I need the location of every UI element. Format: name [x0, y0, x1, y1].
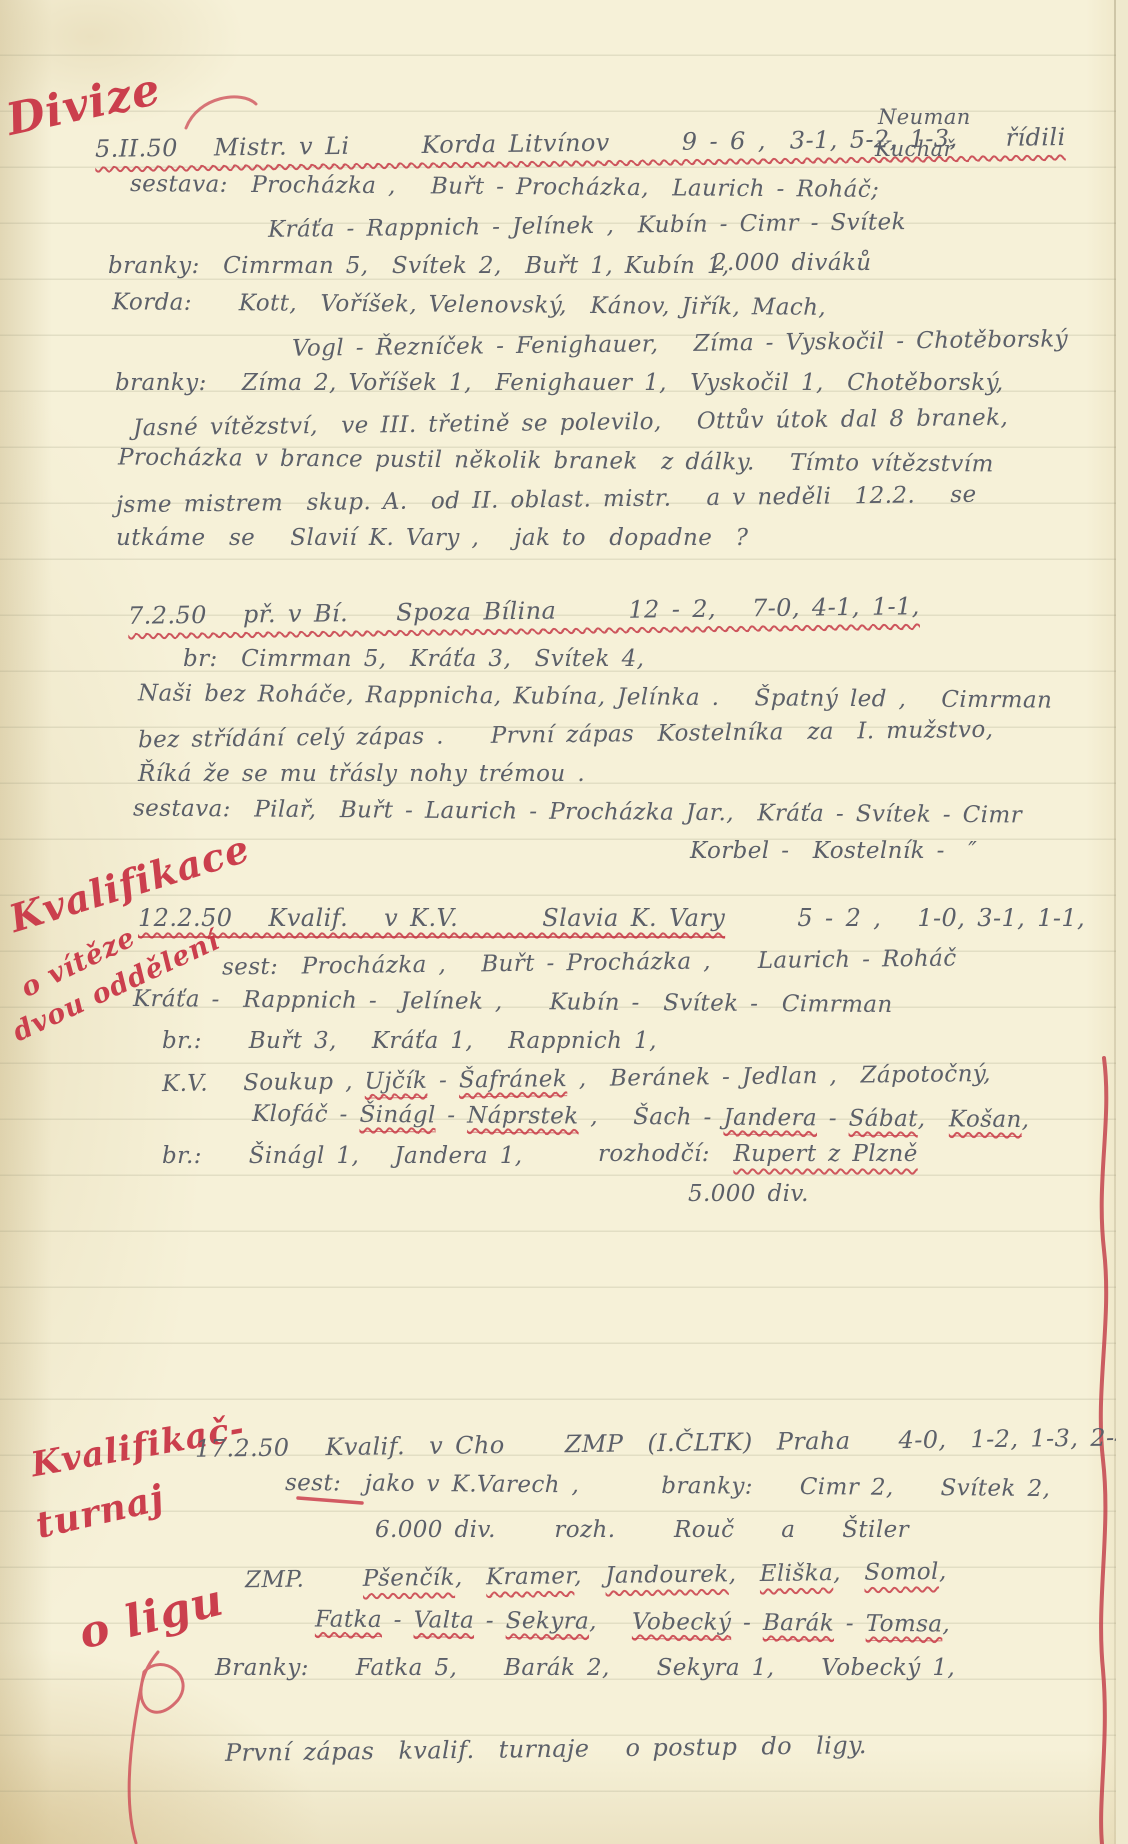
zmp2-sep-4: - [731, 1610, 763, 1636]
entry1-comment-line-4: utkáme se Slavií K. Vary , jak to dopadn… [116, 524, 748, 553]
player-name-psencik: Pšenčík [363, 1565, 455, 1592]
entry2-lineup-line-2: Korbel - Kostelník - ″ [690, 837, 977, 866]
entry1-opponent-goals-line: branky: Zíma 2, Voříšek 1, Fenighauer 1,… [115, 369, 1004, 398]
entry1-comment-line-2: Procházka v brance pustil několik branek… [118, 444, 994, 480]
zmp2-sep-2: - [474, 1608, 506, 1634]
entry3-opponent-goals-line: br.: Šinágl 1, Jandera 1, [162, 1142, 522, 1171]
notebook-page: Divize Kvalifikace o vítěze dvou oddělen… [0, 0, 1128, 1844]
entry4-attendance-referees-line: 6.000 div. rozh. Rouč a Štiler [375, 1516, 909, 1545]
player-name-sabat: Sábat [849, 1106, 918, 1137]
player-name-sinagl: Šinágl [359, 1102, 435, 1133]
entry3-lineup-line-1: sest: Procházka , Buřt - Procházka , Lau… [222, 945, 957, 983]
entry1-attendance: 2.000 diváků [712, 249, 872, 278]
kv-lineup-rest: , Beránek - Jedlan , Zápotočný, [567, 1061, 991, 1092]
entry1-referee-1: Neuman [878, 104, 971, 130]
entry4-lineup-goals-line: sest: jako v K.Varech , branky: Cimr 2, … [285, 1469, 1050, 1504]
entry1-goals-line: branky: Cimrman 5, Svítek 2, Buřt 1, Kub… [108, 252, 730, 281]
player-name-vobecky: Vobecký [632, 1609, 732, 1640]
player-name-barak: Barák [763, 1610, 834, 1641]
zmp-comma: , [939, 1559, 947, 1585]
page-edge [1116, 0, 1128, 1844]
entry1-lineup-line-1: sestava: Procházka , Buřt - Procházka, L… [130, 170, 879, 205]
kv2-sep-1: - [436, 1102, 468, 1128]
player-name-kramer: Kramer [486, 1563, 574, 1590]
margin-note-o-ligu: o ligu [74, 1574, 229, 1659]
player-name-eliska: Eliška [760, 1560, 834, 1587]
kv2-comma: , [1022, 1107, 1030, 1133]
o-ligu-flourish [129, 1652, 183, 1843]
zmp-sep-1: , [455, 1564, 486, 1590]
entry2-comment-line-1: Naši bez Roháče, Rappnicha, Kubína, Jelí… [138, 679, 1052, 715]
entry2-comment-line-3: Říká že se mu třásly nohy trémou . [138, 760, 585, 789]
kv-lineup-text: K.V. Soukup , [162, 1069, 365, 1097]
page-edge-crease [1114, 0, 1116, 1844]
zmp2-sep-1: - [382, 1607, 414, 1633]
player-name-naprstek: Náprstek [467, 1103, 579, 1134]
entry3-lineup-line-2: Kráťa - Rappnich - Jelínek , Kubín - Sví… [133, 985, 893, 1020]
kv2-sep-3: , [918, 1106, 949, 1132]
entry3-match-header: 12.2.50 Kvalif. v K.V. Slavia K. Vary 5 … [138, 903, 1085, 933]
referee-name: Rupert z Plzně [733, 1141, 917, 1167]
entry2-goals-line: br: Cimrman 5, Kráťa 3, Svítek 4, [183, 645, 644, 674]
entry1-opponent-lineup-2: Vogl - Řezníček - Fenighauer, Zíma - Vys… [292, 325, 1068, 363]
entry1-comment-line-3: jsme mistrem skup. A. od II. oblast. mis… [116, 481, 977, 520]
divize-flourish [186, 97, 256, 128]
referee-label: rozhodčí: [598, 1141, 733, 1167]
entry2-lineup-line-1: sestava: Pilař, Buřt - Laurich - Procház… [133, 795, 1022, 831]
margin-connector-dash [298, 1498, 362, 1503]
player-name-somol: Somol [864, 1559, 939, 1586]
entry3-header-score: 5 - 2 , 1-0, 3-1, 1-1, [725, 904, 1085, 932]
player-name-jandera: Jandera [723, 1105, 817, 1136]
zmp2-sep-3: , [589, 1609, 632, 1635]
zmp2-sep-5: - [834, 1611, 866, 1637]
entry3-goals-line: br.: Buřt 3, Kráťa 1, Rappnich 1, [162, 1027, 657, 1056]
zmp-sep-2: , [574, 1563, 605, 1589]
player-name-sekyra: Sekyra [506, 1608, 590, 1639]
entry4-goals-line: Branky: Fatka 5, Barák 2, Sekyra 1, Vobe… [215, 1654, 955, 1683]
player-name-tomsa: Tomsa [866, 1611, 943, 1642]
zmp2-comma: , [942, 1611, 950, 1637]
player-name-jandourek: Jandourek [605, 1561, 729, 1589]
entry4-opponent-lineup-1: ZMP. Pšenčík, Kramer, Jandourek, Eliška,… [245, 1558, 947, 1595]
entry2-header-text: 7.2.50 př. v Bí. Spoza Bílina 12 - 2, 7-… [128, 592, 920, 630]
kv2-text-2: , Šach - [578, 1104, 723, 1131]
zmp-sep-3: , [728, 1561, 759, 1587]
zmp-label: ZMP. [245, 1566, 363, 1593]
player-name-fatka: Fatka [315, 1607, 382, 1638]
player-name-kosan: Košan [949, 1106, 1022, 1137]
player-name-ujcik: Ujčík [364, 1068, 427, 1099]
entry4-opponent-lineup-2: Fatka - Valta - Sekyra, Vobecký - Barák … [315, 1606, 950, 1640]
entry1-referee-2: Kuchař [875, 136, 954, 162]
kv-lineup-sep: - [427, 1067, 459, 1093]
entry3-opponent-lineup-1: K.V. Soukup , Ujčík - Šafránek , Beránek… [162, 1060, 991, 1099]
player-name-valta: Valta [413, 1607, 474, 1637]
entry2-comment-line-2: bez střídání celý zápas . První zápas Ko… [138, 716, 994, 755]
player-name-safranek: Šafránek [459, 1066, 568, 1097]
entry4-match-header: 17.2.50 Kvalif. v Cho ZMP (I.ČLTK) Praha… [195, 1422, 1128, 1464]
entry3-opponent-lineup-2: Klofáč - Šinágl - Náprstek , Šach - Jand… [252, 1100, 1030, 1135]
entry1-comment-line-1: Jasné vítězství, ve III. třetině se pole… [133, 404, 1008, 443]
zmp-sep-4: , [833, 1560, 864, 1586]
kv2-text-1: Klofáč - [252, 1101, 360, 1128]
entry3-referees-line: rozhodčí: Rupert z Plzně [598, 1140, 918, 1169]
entry3-attendance: 5.000 div. [688, 1180, 809, 1209]
entry2-match-header: 7.2.50 př. v Bí. Spoza Bílina 12 - 2, 7-… [128, 591, 920, 631]
margin-note-turnaj: turnaj [32, 1477, 168, 1547]
entry1-lineup-line-2: Kráťa - Rappnich - Jelínek , Kubín - Cim… [268, 208, 906, 245]
entry1-opponent-lineup-1: Korda: Kott, Voříšek, Velenovský, Kánov,… [112, 288, 826, 322]
kv2-sep-2: - [817, 1105, 849, 1131]
entry3-header-text: 12.2.50 Kvalif. v K.V. Slavia K. Vary [138, 904, 725, 938]
closing-note: První zápas kvalif. turnaje o postup do … [225, 1730, 867, 1768]
